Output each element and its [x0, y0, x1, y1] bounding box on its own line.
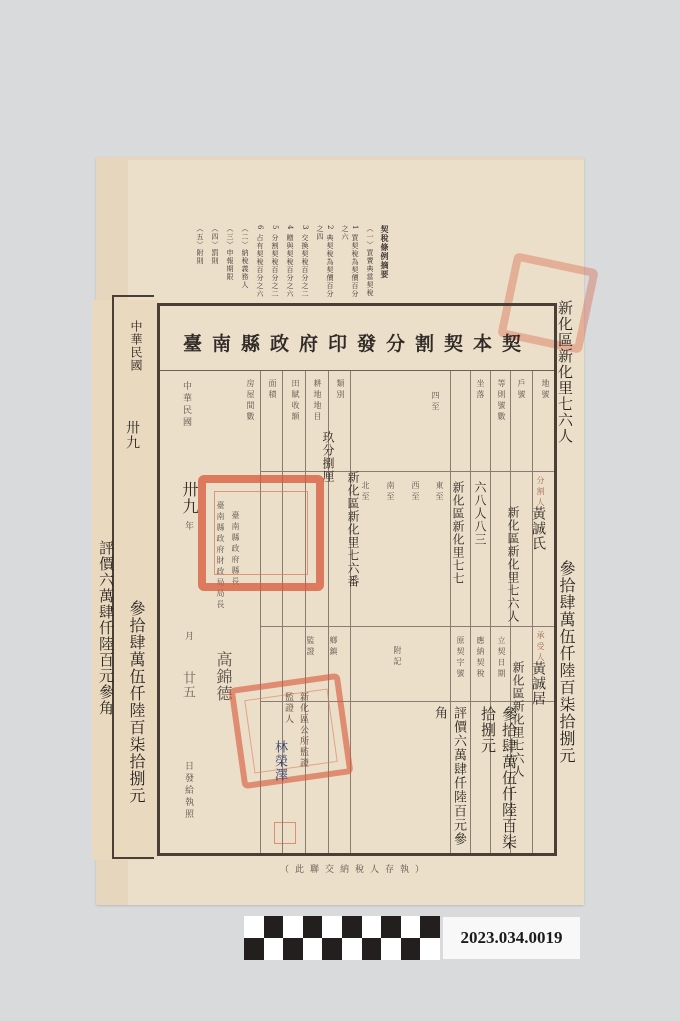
month-label: 月 — [182, 631, 195, 643]
right-edge-handwriting-2: 參拾肆萬伍仟陸百柒拾捌元 — [555, 560, 578, 764]
witness-label: 監證人 — [282, 692, 295, 725]
location-value: 新化區新化里七七 — [450, 481, 467, 585]
lot-numbers: 六八人八三 — [472, 481, 489, 546]
label-south: 南至 — [385, 481, 396, 503]
note-item: 5 分割契稅百分之二 — [270, 225, 280, 305]
label-west: 西至 — [410, 481, 421, 503]
label-location: 坐落 — [475, 379, 486, 401]
note-item: （五）附則 — [195, 225, 205, 305]
form-title-text: 臺南縣政府印發分割契本契 — [183, 329, 531, 356]
label-original-contract-number: 原契字號 — [455, 636, 466, 680]
tax-regulation-notes: 契稅條例摘要 （一）買賣典當契稅 1 買契稅為契價百分之六 2 典契稅為契價百分… — [195, 225, 391, 305]
party1-address: 新化區新化里七六人 — [505, 506, 522, 623]
note-item: （四）罰則 — [210, 225, 220, 305]
label-boundaries: 四至 — [430, 391, 441, 413]
accession-number-label: 2023.034.0019 — [443, 917, 580, 959]
label-land-type: 耕地地目 — [312, 379, 323, 423]
label-rooms: 房屋間數 — [245, 379, 256, 423]
day-handwritten: 廿五 — [178, 671, 197, 699]
label-grade-number: 等則號數 — [496, 379, 507, 423]
right-edge-handwriting: 新化區新化里七六人 — [555, 300, 576, 444]
form-title: 臺南縣政府印發分割契本契 — [160, 314, 554, 371]
label-category: 類別 — [335, 379, 346, 401]
note-item: 3 交換契稅百分之二 — [300, 225, 310, 305]
date-label: 中華民國 — [180, 381, 193, 429]
label-witness: 監證 — [305, 636, 316, 658]
label-area: 面積 — [267, 379, 278, 401]
issue-suffix: 日發給執照 — [182, 761, 195, 821]
year-suffix: 年 — [182, 521, 195, 533]
note-item: 2 典契稅為契價百分之四 — [315, 225, 335, 305]
county-government-seal — [198, 475, 324, 591]
witness-name: 林榮澤 — [270, 740, 289, 782]
scale-checkerboard — [244, 916, 440, 960]
notes-header: 契稅條例摘要 — [380, 225, 391, 305]
note-item: （二）納稅義務人 — [240, 225, 250, 305]
label-household-number: 戶號 — [516, 379, 527, 401]
party1-role: 分割人 — [535, 476, 546, 509]
valuation-note-handwriting: 評價六萬肆仟陸百元參角 — [430, 706, 468, 853]
note-item: （三）申報期限 — [225, 225, 235, 305]
label-lot-number: 地號 — [540, 379, 551, 401]
label-east: 東至 — [434, 481, 445, 503]
party2-role: 承受人 — [535, 631, 546, 664]
stub-outer-handwriting: 評價六萬肆仟陸百元參角 — [96, 540, 117, 716]
witness-seal — [228, 673, 353, 790]
label-field-tax: 田賦收額 — [290, 379, 301, 423]
party1-name: 黃誠氏 — [528, 506, 548, 551]
note-item: 1 買契稅為契價百分之六 — [340, 225, 360, 305]
form-grid: 地號 戶號 等則號數 坐落 四至 東至 西至 南至 北至 類別 耕地地目 田賦收… — [160, 371, 554, 853]
label-township: 鄉鎮 — [328, 636, 339, 658]
note-item: 6 占有契稅百分之六 — [255, 225, 265, 305]
label-tax-due: 應納契稅 — [475, 636, 486, 680]
label-remarks: 附記 — [392, 646, 403, 668]
stub-year-handwritten: 卅九 — [122, 420, 142, 450]
note-item: （一）買賣典當契稅 — [365, 225, 375, 305]
party2-name: 黃誠居 — [528, 661, 548, 706]
footer-caption: （此聯交納稅人存執） — [280, 862, 430, 875]
stub-handwriting: 參拾肆萬伍仟陸百柒拾捌元 — [125, 600, 148, 804]
stub-date-label: 中華民國 — [128, 320, 145, 372]
witness-stamp-text: 新化區公所監證 — [297, 692, 310, 769]
area-handwriting: 新化區新化里七六番 — [345, 471, 362, 588]
label-contract-date: 立契日期 — [496, 636, 507, 680]
small-seal — [274, 822, 296, 844]
tax-amount-handwriting: 參拾肆萬伍仟陸百柒拾捌元 — [478, 706, 520, 853]
note-item: 4 贈與契稅百分之六 — [285, 225, 295, 305]
area-value-handwriting: 玖分捌厘 — [320, 431, 337, 483]
